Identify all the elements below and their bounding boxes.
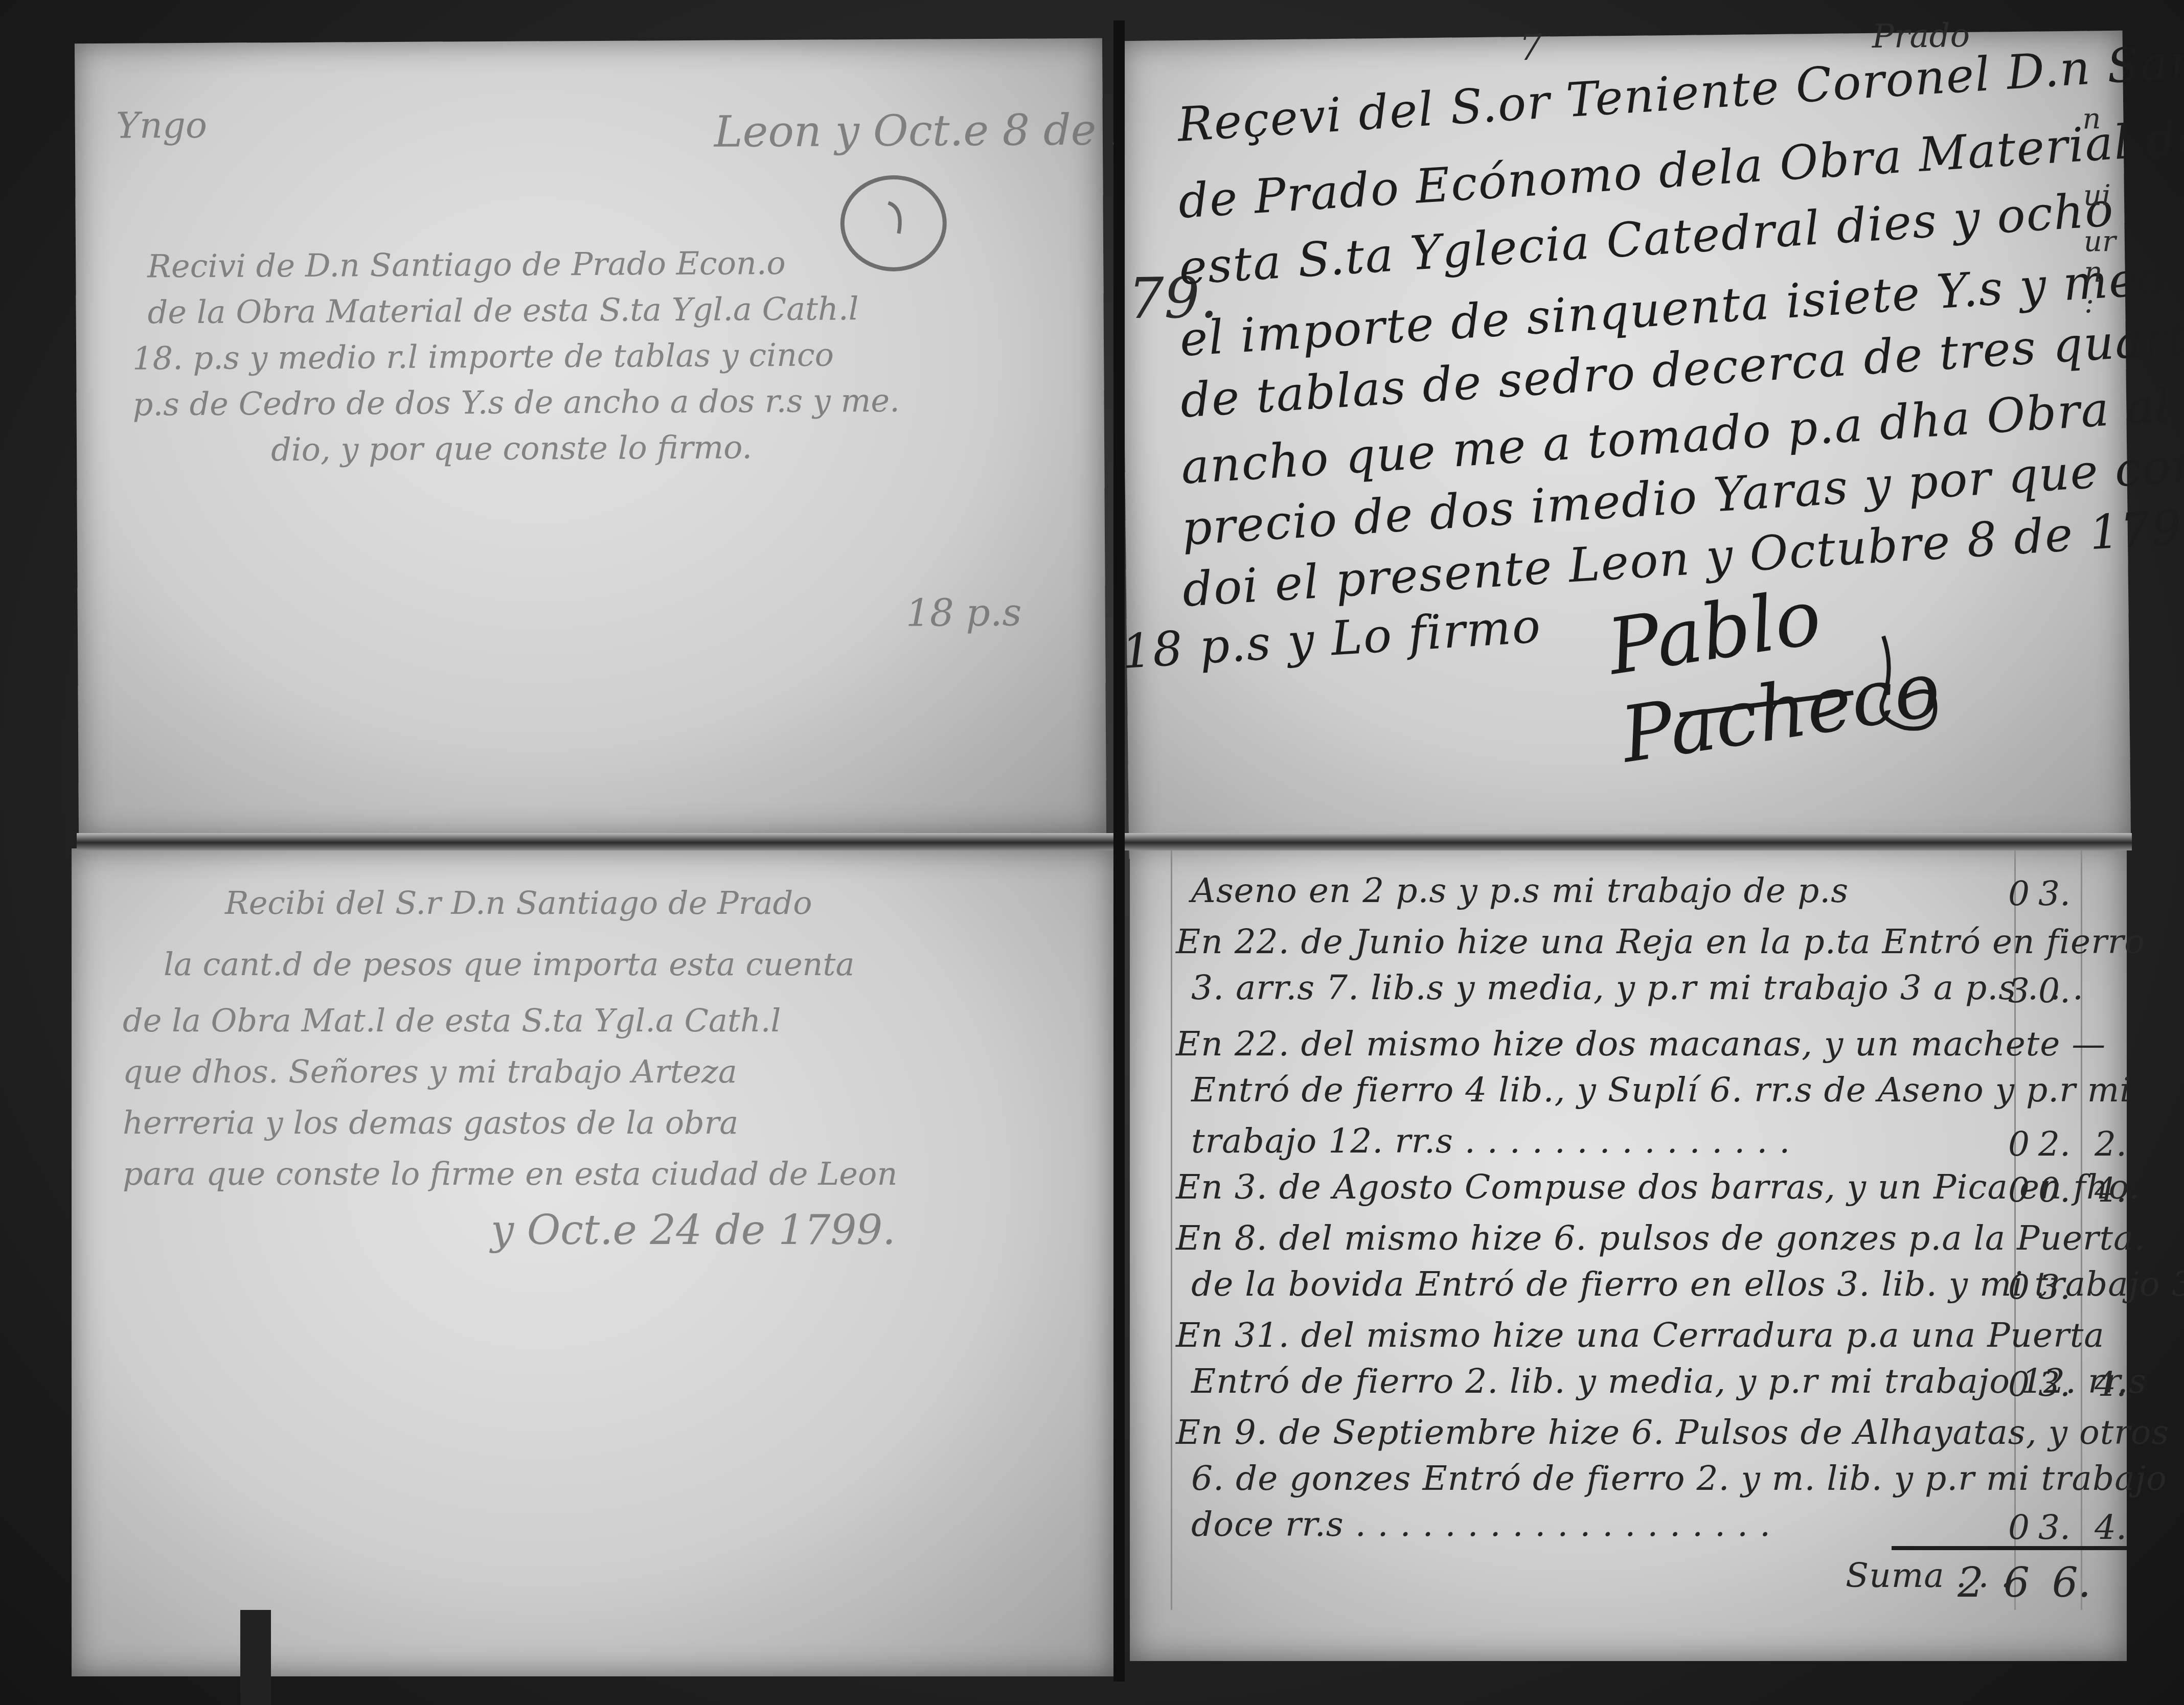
page-fold — [77, 833, 2132, 850]
seal-flourish-icon — [827, 167, 960, 280]
ledger-entry: 6. de gonzes Entró de fierro 2. y m. lib… — [1191, 1462, 2167, 1495]
amount-reales: 2. — [2014, 1124, 2071, 1164]
right-top-page: 7 Prado 79. Reçevi del S.or Teniente Cor… — [1121, 31, 2131, 859]
ledger-entry: En 9. de Septiembre hize 6. Pulsos de Al… — [1176, 1416, 2169, 1449]
bleed-date: y Oct.e 24 de 1799. — [491, 1206, 896, 1254]
right-bottom-page: Aseno en 2 p.s y p.s mi trabajo de p.s 0… — [1130, 843, 2127, 1661]
corner-note: Yngo — [116, 104, 208, 147]
bleed-line: Recibi del S.r D.n Santiago de Prado — [225, 884, 812, 921]
ledger-rule — [1171, 843, 1172, 1610]
ledger-entry: Entró de fierro 4 lib., y Suplí 6. rr.s … — [1191, 1073, 2131, 1107]
ledger-entry: En 31. del mismo hize una Cerradura p.a … — [1176, 1319, 2105, 1352]
left-bottom-page: Recibi del S.r D.n Santiago de Prado la … — [72, 848, 1114, 1676]
bleed-line: que dhos. Señores y mi trabajo Arteza — [123, 1053, 737, 1090]
ledger-entry: Aseno en 2 p.s y p.s mi trabajo de p.s — [1191, 874, 1849, 908]
amount-reales: 0. — [2014, 971, 2071, 1010]
bleed-line: 18. p.s y medio r.l importe de tablas y … — [132, 336, 834, 377]
total-reales: 6 — [1973, 1559, 2030, 1606]
total-cuartillos: 6. — [2035, 1559, 2091, 1606]
ledger-entry: doce rr.s . . . . . . . . . . . . . . . … — [1191, 1508, 1771, 1541]
bleed-line: de la Obra Mat.l de esta S.ta Ygl.a Cath… — [123, 1002, 781, 1039]
book-gutter — [1113, 20, 1125, 1681]
bleed-line: de la Obra Material de esta S.ta Ygl.a C… — [147, 290, 858, 331]
margin-mark: ur — [2084, 225, 2117, 259]
amount-reales: 3. — [2014, 874, 2071, 913]
ledger-entry: En 22. del mismo hize dos macanas, y un … — [1176, 1027, 2106, 1061]
bleed-line: dio, y por que conste lo firmo. — [271, 428, 752, 468]
amount-reales: 0. — [2014, 1170, 2071, 1210]
total-rule — [1892, 1546, 2127, 1550]
amount-cuartillos: 4. — [2071, 1170, 2127, 1210]
left-top-page: Leon y Oct.e 8 de 1799. Yngo Recivi de D… — [75, 38, 1106, 841]
bleed-line: para que conste lo firme en esta ciudad … — [123, 1155, 897, 1192]
ledger-entry: En 8. del mismo hize 6. pulsos de gonzes… — [1176, 1222, 2145, 1255]
bleed-line: Recivi de D.n Santiago de Prado Econ.o — [147, 244, 786, 285]
amount-cuartillos: 4. — [2071, 1508, 2127, 1547]
page-tab — [240, 1610, 271, 1705]
ledger-entry: En 22. de Junio hize una Reja en la p.ta… — [1176, 925, 2145, 959]
bleed-line: p.s de Cedro de dos Y.s de ancho a dos r… — [132, 382, 900, 423]
amount-reales: 3. — [2014, 1365, 2071, 1404]
margin-mark: ui — [2083, 179, 2111, 213]
bleed-signature: 18 p.s — [906, 591, 1022, 635]
margin-mark: n — [2084, 256, 2103, 289]
signature-flourish-icon — [1669, 615, 1987, 741]
amount-reales: 3. — [2014, 1508, 2071, 1547]
amount-reales: 3. — [2014, 1268, 2071, 1307]
amount-cuartillos: 2. — [2071, 1124, 2127, 1164]
ledger-entry: 3. arr.s 7. lib.s y media, y p.r mi trab… — [1191, 971, 2084, 1005]
margin-mark: : — [2084, 286, 2095, 319]
margin-mark: n — [2082, 102, 2101, 135]
amount-cuartillos: 4. — [2071, 1365, 2127, 1404]
folio-mark: 7 — [1519, 27, 1542, 68]
bleed-line: herreria y los demas gastos de la obra — [123, 1104, 738, 1141]
ledger-entry: trabajo 12. rr.s . . . . . . . . . . . .… — [1191, 1124, 1790, 1158]
bleed-line: la cant.d de pesos que importa esta cuen… — [164, 946, 854, 983]
